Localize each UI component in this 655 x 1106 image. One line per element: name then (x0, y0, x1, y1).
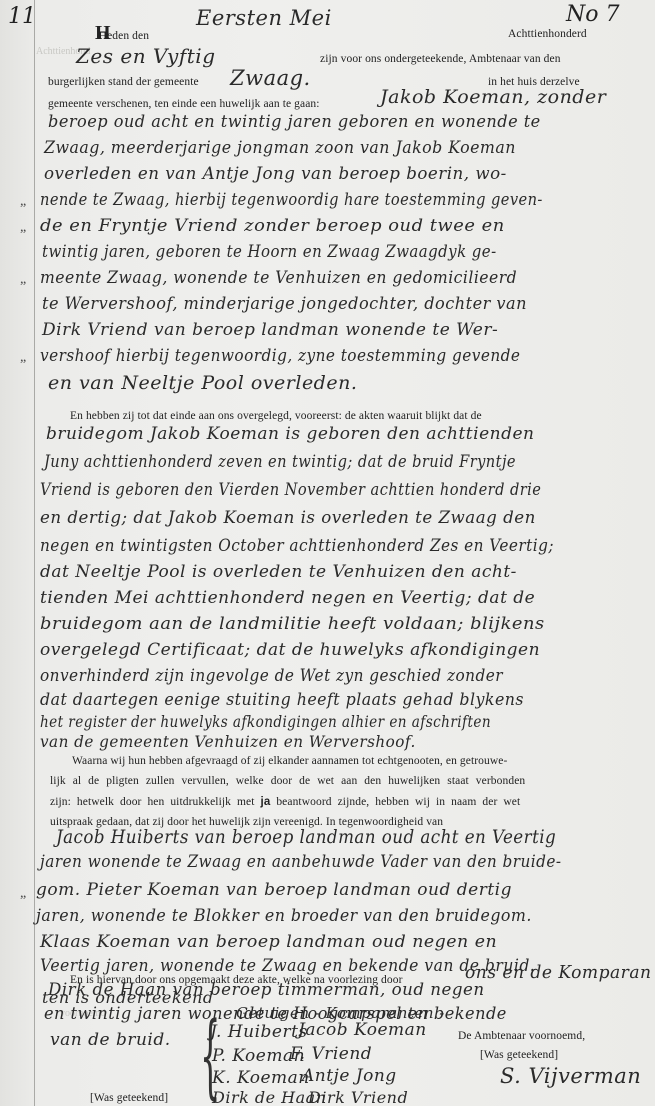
handwritten-line: tienden Mei achttienhonderd negen en Vee… (40, 588, 535, 608)
handwritten-line: van de bruid. (50, 1030, 171, 1050)
ditto-mark: „ (20, 350, 26, 366)
was-geteekend-left: [Was geteekend] (90, 1092, 168, 1104)
declaration-line-2: lijk al de pligten zullen vervullen, wel… (50, 775, 525, 787)
handwritten-date: Eersten Mei (196, 6, 332, 30)
burgerlijken-text: burgerlijken stand der gemeente (48, 76, 199, 88)
handwritten-line: Dirk Vriend van beroep landman wonende t… (42, 320, 498, 340)
closing-print-line: En is hiervan door ons opgemaakt deze ak… (70, 974, 403, 986)
ditto-mark: „ (20, 220, 26, 236)
declaration-line-3b: beantwoord zijnde, hebben wij in naam de… (276, 796, 520, 808)
heden-den-text: Heden den (99, 30, 149, 42)
handwritten-line: meente Zwaag, wonende te Venhuizen en ge… (40, 268, 517, 288)
record-number: 11 (8, 4, 36, 29)
ditto-mark: „ (20, 886, 26, 902)
folio-mark: No 7 (566, 2, 620, 27)
handwritten-line: het register der huwelyks afkondigingen … (40, 712, 491, 731)
handwritten-line: overleden en van Antje Jong van beroep b… (44, 164, 507, 184)
handwritten-line: gom. Pieter Koeman van beroep landman ou… (36, 880, 512, 900)
declaration-line-3: zijn: hetwelk door hen uitdrukkelijk met… (50, 796, 520, 808)
ditto-mark: „ (20, 272, 26, 288)
declaration-line-3a: zijn: hetwelk door hen uitdrukkelijk met (50, 796, 255, 808)
handwritten-line: jaren wonende te Zwaag en aanbehuwde Vad… (40, 852, 561, 872)
official-signature: S. Vijverman (500, 1064, 641, 1088)
handwritten-line: jaren, wonende te Blokker en broeder van… (36, 906, 532, 926)
handwritten-line: vershoof hierbij tegenwoordig, zyne toes… (40, 346, 520, 366)
handwritten-closing-continuation-2: ten is onderteekend (42, 988, 214, 1007)
handwritten-municipality: Zwaag. (230, 66, 311, 90)
handwritten-groom-name: Jakob Koeman, zonder (380, 86, 606, 108)
zijn-voor-text: zijn voor ons ondergeteekende, Ambtenaar… (320, 53, 561, 65)
bold-ja: ja (261, 796, 271, 808)
handwritten-line: bruidegom aan de landmilitie heeft volda… (40, 614, 545, 634)
handwritten-line: Vriend is geboren den Vierden November a… (40, 480, 541, 500)
documents-intro-text: En hebben zij tot dat einde aan ons over… (70, 410, 482, 422)
handwritten-line: beroep oud acht en twintig jaren geboren… (48, 112, 541, 132)
handwritten-line: van de gemeenten Venhuizen en Wervershoo… (40, 732, 416, 751)
signature-party-1: Jacob Koeman (298, 1020, 427, 1040)
handwritten-line: Zwaag, meerderjarige jongman zoon van Ja… (44, 138, 516, 158)
handwritten-line: te Wervershoof, minderjarige jongedochte… (42, 294, 527, 314)
handwritten-closing-continuation: ons en de Komparan (465, 962, 651, 983)
handwritten-line: negen en twintigsten October achttienhon… (40, 536, 554, 556)
document-page: Achttienhond voornoemd 11 No 7 HHeden de… (0, 0, 655, 1106)
declaration-line-1: Waarna wij hun hebben afgevraagd of zij … (72, 755, 507, 767)
signature-witness-3: K. Koeman (212, 1068, 310, 1088)
handwritten-line: onverhinderd zijn ingevolge de Wet zyn g… (40, 666, 503, 686)
ditto-mark: „ (20, 194, 26, 210)
margin-rule (34, 0, 35, 1106)
handwritten-line: Juny achttienhonderd zeven en twintig; d… (44, 452, 516, 472)
handwritten-line: en van Neeltje Pool overleden. (48, 372, 357, 394)
was-geteekend-right: [Was geteekend] (480, 1049, 558, 1061)
official-label: De Ambtenaar voornoemd, (458, 1030, 585, 1042)
handwritten-line: overgelegd Certificaat; dat de huwelyks … (40, 640, 540, 660)
signature-party-3: Antje Jong (302, 1066, 397, 1086)
handwritten-line: de en Fryntje Vriend zonder beroep oud t… (40, 216, 505, 236)
achttienhonderd-label: Achttienhonderd (508, 28, 587, 40)
handwritten-line: dat daartegen eenige stuiting heeft plaa… (40, 690, 524, 710)
handwritten-line: bruidegom Jakob Koeman is geboren den ac… (46, 424, 534, 444)
handwritten-line: twintig jaren, geboren te Hoorn en Zwaag… (42, 242, 497, 262)
gemeente-verschenen-text: gemeente verschenen, ten einde een huwel… (48, 98, 320, 110)
handwritten-line: Veertig jaren, wonende te Zwaag en beken… (40, 956, 535, 976)
handwritten-line: nende te Zwaag, hierbij tegenwoordig har… (40, 190, 543, 210)
heden-den-label: HHeden den (95, 22, 149, 45)
signature-party-4: Dirk Vriend (308, 1088, 408, 1106)
handwritten-line: dat Neeltje Pool is overleden te Venhuiz… (40, 562, 517, 582)
signature-party-2: F. Vriend (290, 1044, 372, 1064)
signature-witness-1: J. Huiberts (210, 1022, 308, 1042)
handwritten-year: Zes en Vyftig (76, 44, 216, 68)
handwritten-line: en dertig; dat Jakob Koeman is overleden… (40, 508, 536, 528)
handwritten-line: Jacob Huiberts van beroep landman oud ac… (56, 826, 556, 848)
handwritten-line: Klaas Koeman van beroep landman oud nege… (40, 932, 497, 952)
